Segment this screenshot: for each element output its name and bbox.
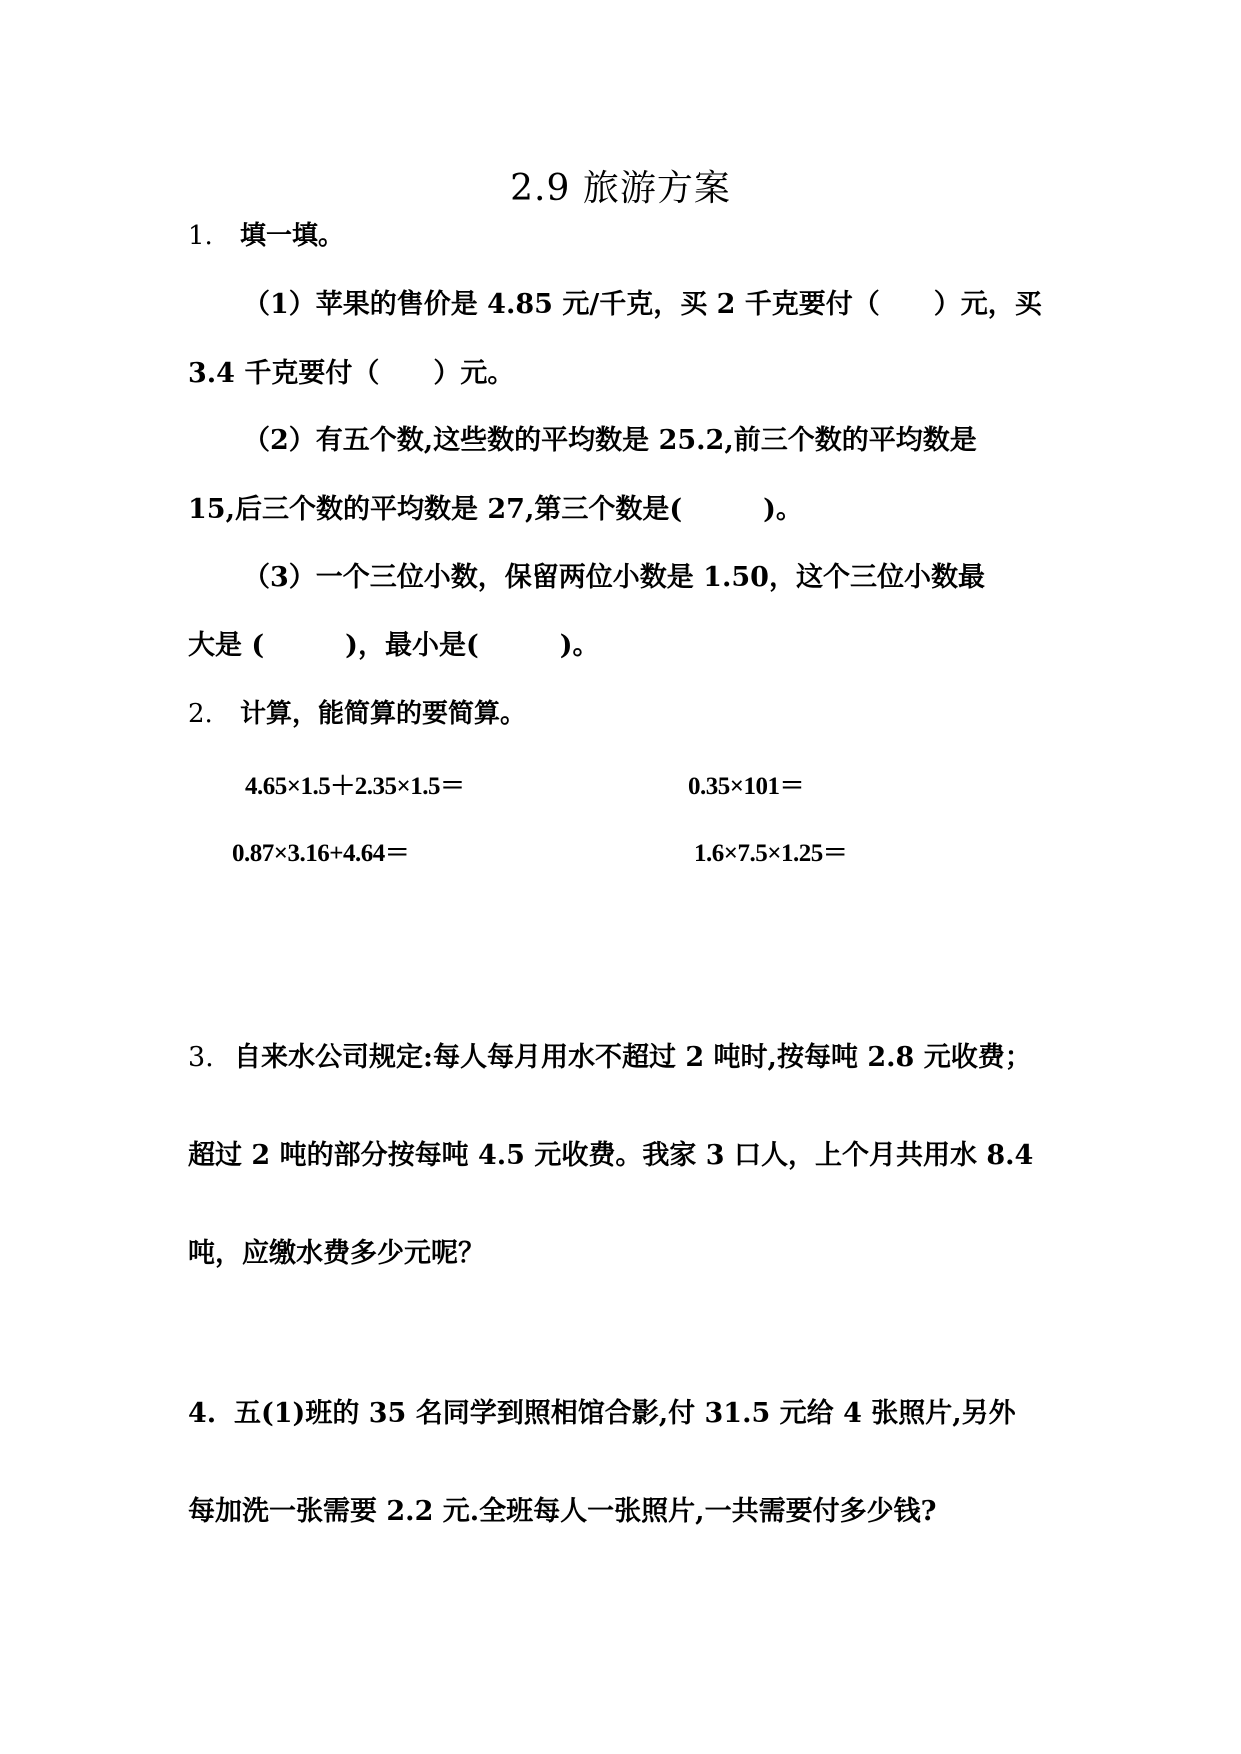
question-3-text-1: 自来水公司规定:每人每月用水不超过 2 吨时,按每吨 2.8 元收费；: [234, 1042, 1032, 1073]
section-number: 1.: [188, 218, 240, 254]
section-number: 3.: [188, 1040, 234, 1076]
expression-2: 0.35×101＝: [688, 766, 804, 802]
expression-3: 0.87×3.16+4.64＝: [232, 833, 409, 869]
worksheet-page: 2.9 旅游方案 1.填一填。 （1）苹果的售价是 4.85 元/千克，买 2 …: [0, 0, 1241, 1754]
question-1-1-line-1: （1）苹果的售价是 4.85 元/千克，买 2 千克要付（ ）元，买: [243, 287, 1042, 323]
question-3-line-1: 3.自来水公司规定:每人每月用水不超过 2 吨时,按每吨 2.8 元收费；: [188, 1040, 1032, 1076]
section-2-heading: 2.计算，能简算的要简算。: [188, 696, 526, 732]
question-4-line-1: 4.五(1)班的 35 名同学到照相馆合影,付 31.5 元给 4 张照片,另外: [188, 1396, 1016, 1432]
section-heading-text: 计算，能简算的要简算。: [240, 699, 526, 729]
question-4-text-1: 五(1)班的 35 名同学到照相馆合影,付 31.5 元给 4 张照片,另外: [234, 1398, 1016, 1429]
question-4-line-2: 每加洗一张需要 2.2 元.全班每人一张照片,一共需要付多少钱?: [188, 1494, 936, 1530]
section-1-heading: 1.填一填。: [188, 218, 344, 254]
question-3-line-2: 超过 2 吨的部分按每吨 4.5 元收费。我家 3 口人，上个月共用水 8.4: [188, 1138, 1033, 1174]
question-3-line-3: 吨，应缴水费多少元呢？: [188, 1236, 485, 1272]
question-1-3-line-2: 大是 ( )，最小是( )。: [188, 628, 600, 664]
section-number: 2.: [188, 696, 240, 732]
question-1-2-line-1: （2）有五个数,这些数的平均数是 25.2,前三个数的平均数是: [243, 423, 977, 459]
expression-1: 4.65×1.5＋2.35×1.5＝: [245, 766, 465, 802]
section-heading-text: 填一填。: [240, 221, 344, 251]
question-1-2-line-2: 15,后三个数的平均数是 27,第三个数是( )。: [188, 492, 803, 528]
question-1-1-line-2: 3.4 千克要付（ ）元。: [188, 356, 514, 392]
question-1-3-line-1: （3）一个三位小数，保留两位小数是 1.50，这个三位小数最: [243, 560, 985, 596]
section-number: 4.: [188, 1396, 234, 1432]
page-title: 2.9 旅游方案: [0, 160, 1241, 211]
expression-4: 1.6×7.5×1.25＝: [694, 833, 847, 869]
